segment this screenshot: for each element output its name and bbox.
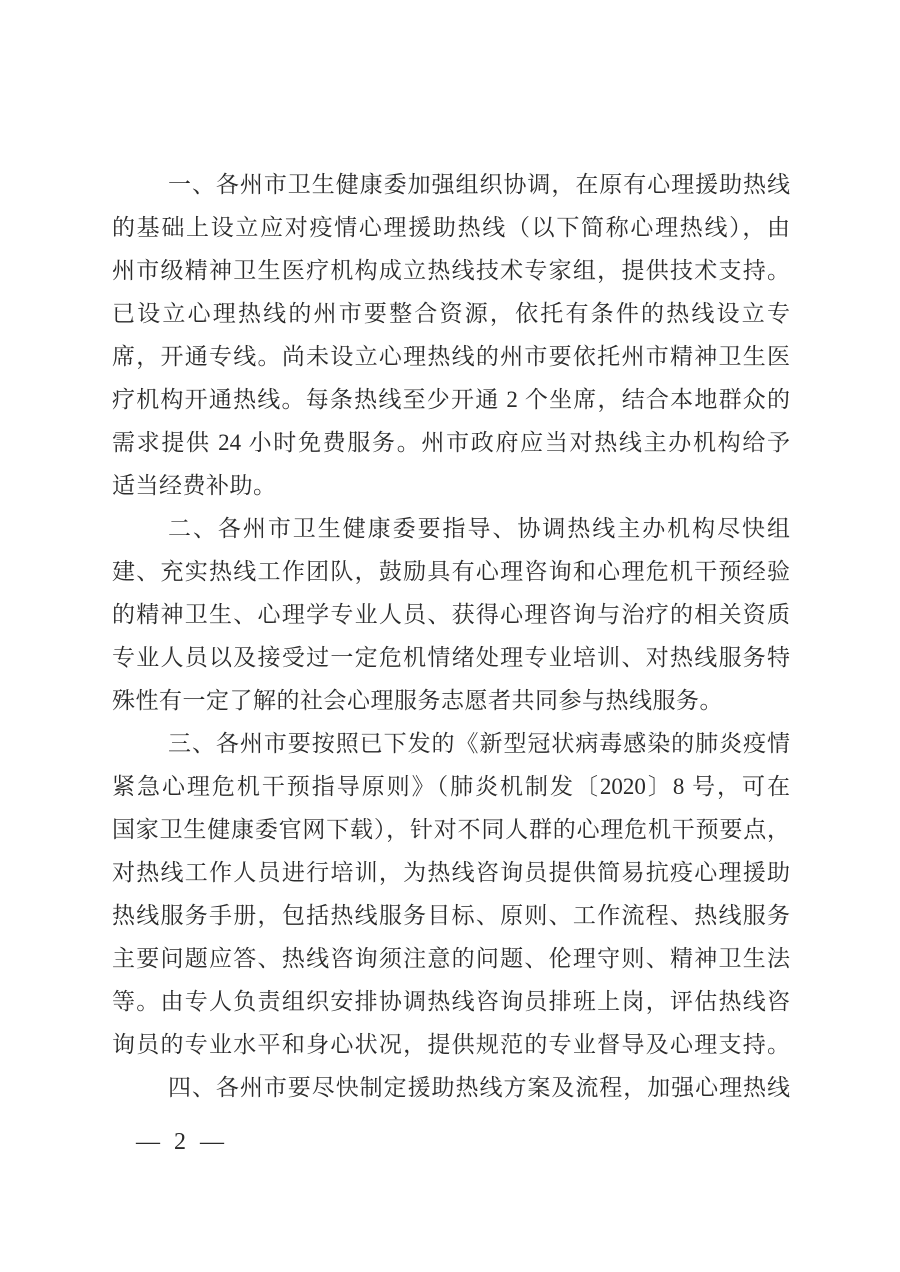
- text-line: 的精神卫生、心理学专业人员、获得心理咨询与治疗的相关资质: [112, 593, 790, 636]
- text-line: 三、各州市要按照已下发的《新型冠状病毒感染的肺炎疫情: [112, 722, 790, 765]
- text-line: 紧急心理危机干预指导原则》（肺炎机制发〔2020〕8 号，可在: [112, 765, 790, 808]
- text-line: 询员的专业水平和身心状况，提供规范的专业督导及心理支持。: [112, 1023, 790, 1066]
- text-line: 热线服务手册，包括热线服务目标、原则、工作流程、热线服务: [112, 894, 790, 937]
- document-body: 一、各州市卫生健康委加强组织协调，在原有心理援助热线 的基础上设立应对疫情心理援…: [112, 163, 790, 1109]
- document-page: 一、各州市卫生健康委加强组织协调，在原有心理援助热线 的基础上设立应对疫情心理援…: [0, 0, 900, 1272]
- text-line: 殊性有一定了解的社会心理服务志愿者共同参与热线服务。: [112, 679, 790, 722]
- text-line: 四、各州市要尽快制定援助热线方案及流程，加强心理热线: [112, 1066, 790, 1109]
- text-line: 建、充实热线工作团队，鼓励具有心理咨询和心理危机干预经验: [112, 550, 790, 593]
- text-line: 主要问题应答、热线咨询须注意的问题、伦理守则、精神卫生法: [112, 937, 790, 980]
- text-line: 对热线工作人员进行培训，为热线咨询员提供简易抗疫心理援助: [112, 851, 790, 894]
- text-line: 等。由专人负责组织安排协调热线咨询员排班上岗，评估热线咨: [112, 980, 790, 1023]
- paragraph-1: 一、各州市卫生健康委加强组织协调，在原有心理援助热线 的基础上设立应对疫情心理援…: [112, 163, 790, 507]
- page-number: — 2 —: [136, 1129, 228, 1155]
- text-line: 的基础上设立应对疫情心理援助热线（以下简称心理热线），由: [112, 206, 790, 249]
- text-line: 一、各州市卫生健康委加强组织协调，在原有心理援助热线: [112, 163, 790, 206]
- paragraph-3: 三、各州市要按照已下发的《新型冠状病毒感染的肺炎疫情 紧急心理危机干预指导原则》…: [112, 722, 790, 1066]
- text-line: 国家卫生健康委官网下载），针对不同人群的心理危机干预要点，: [112, 808, 790, 851]
- text-line: 已设立心理热线的州市要整合资源，依托有条件的热线设立专: [112, 292, 790, 335]
- text-line: 二、各州市卫生健康委要指导、协调热线主办机构尽快组: [112, 507, 790, 550]
- text-line: 需求提供 24 小时免费服务。州市政府应当对热线主办机构给予: [112, 421, 790, 464]
- paragraph-2: 二、各州市卫生健康委要指导、协调热线主办机构尽快组 建、充实热线工作团队，鼓励具…: [112, 507, 790, 722]
- paragraph-4: 四、各州市要尽快制定援助热线方案及流程，加强心理热线: [112, 1066, 790, 1109]
- page-footer: — 2 —: [136, 1128, 228, 1156]
- text-line: 席，开通专线。尚未设立心理热线的州市要依托州市精神卫生医: [112, 335, 790, 378]
- text-line: 州市级精神卫生医疗机构成立热线技术专家组，提供技术支持。: [112, 249, 790, 292]
- text-line: 疗机构开通热线。每条热线至少开通 2 个坐席，结合本地群众的: [112, 378, 790, 421]
- text-line: 适当经费补助。: [112, 464, 790, 507]
- text-line: 专业人员以及接受过一定危机情绪处理专业培训、对热线服务特: [112, 636, 790, 679]
